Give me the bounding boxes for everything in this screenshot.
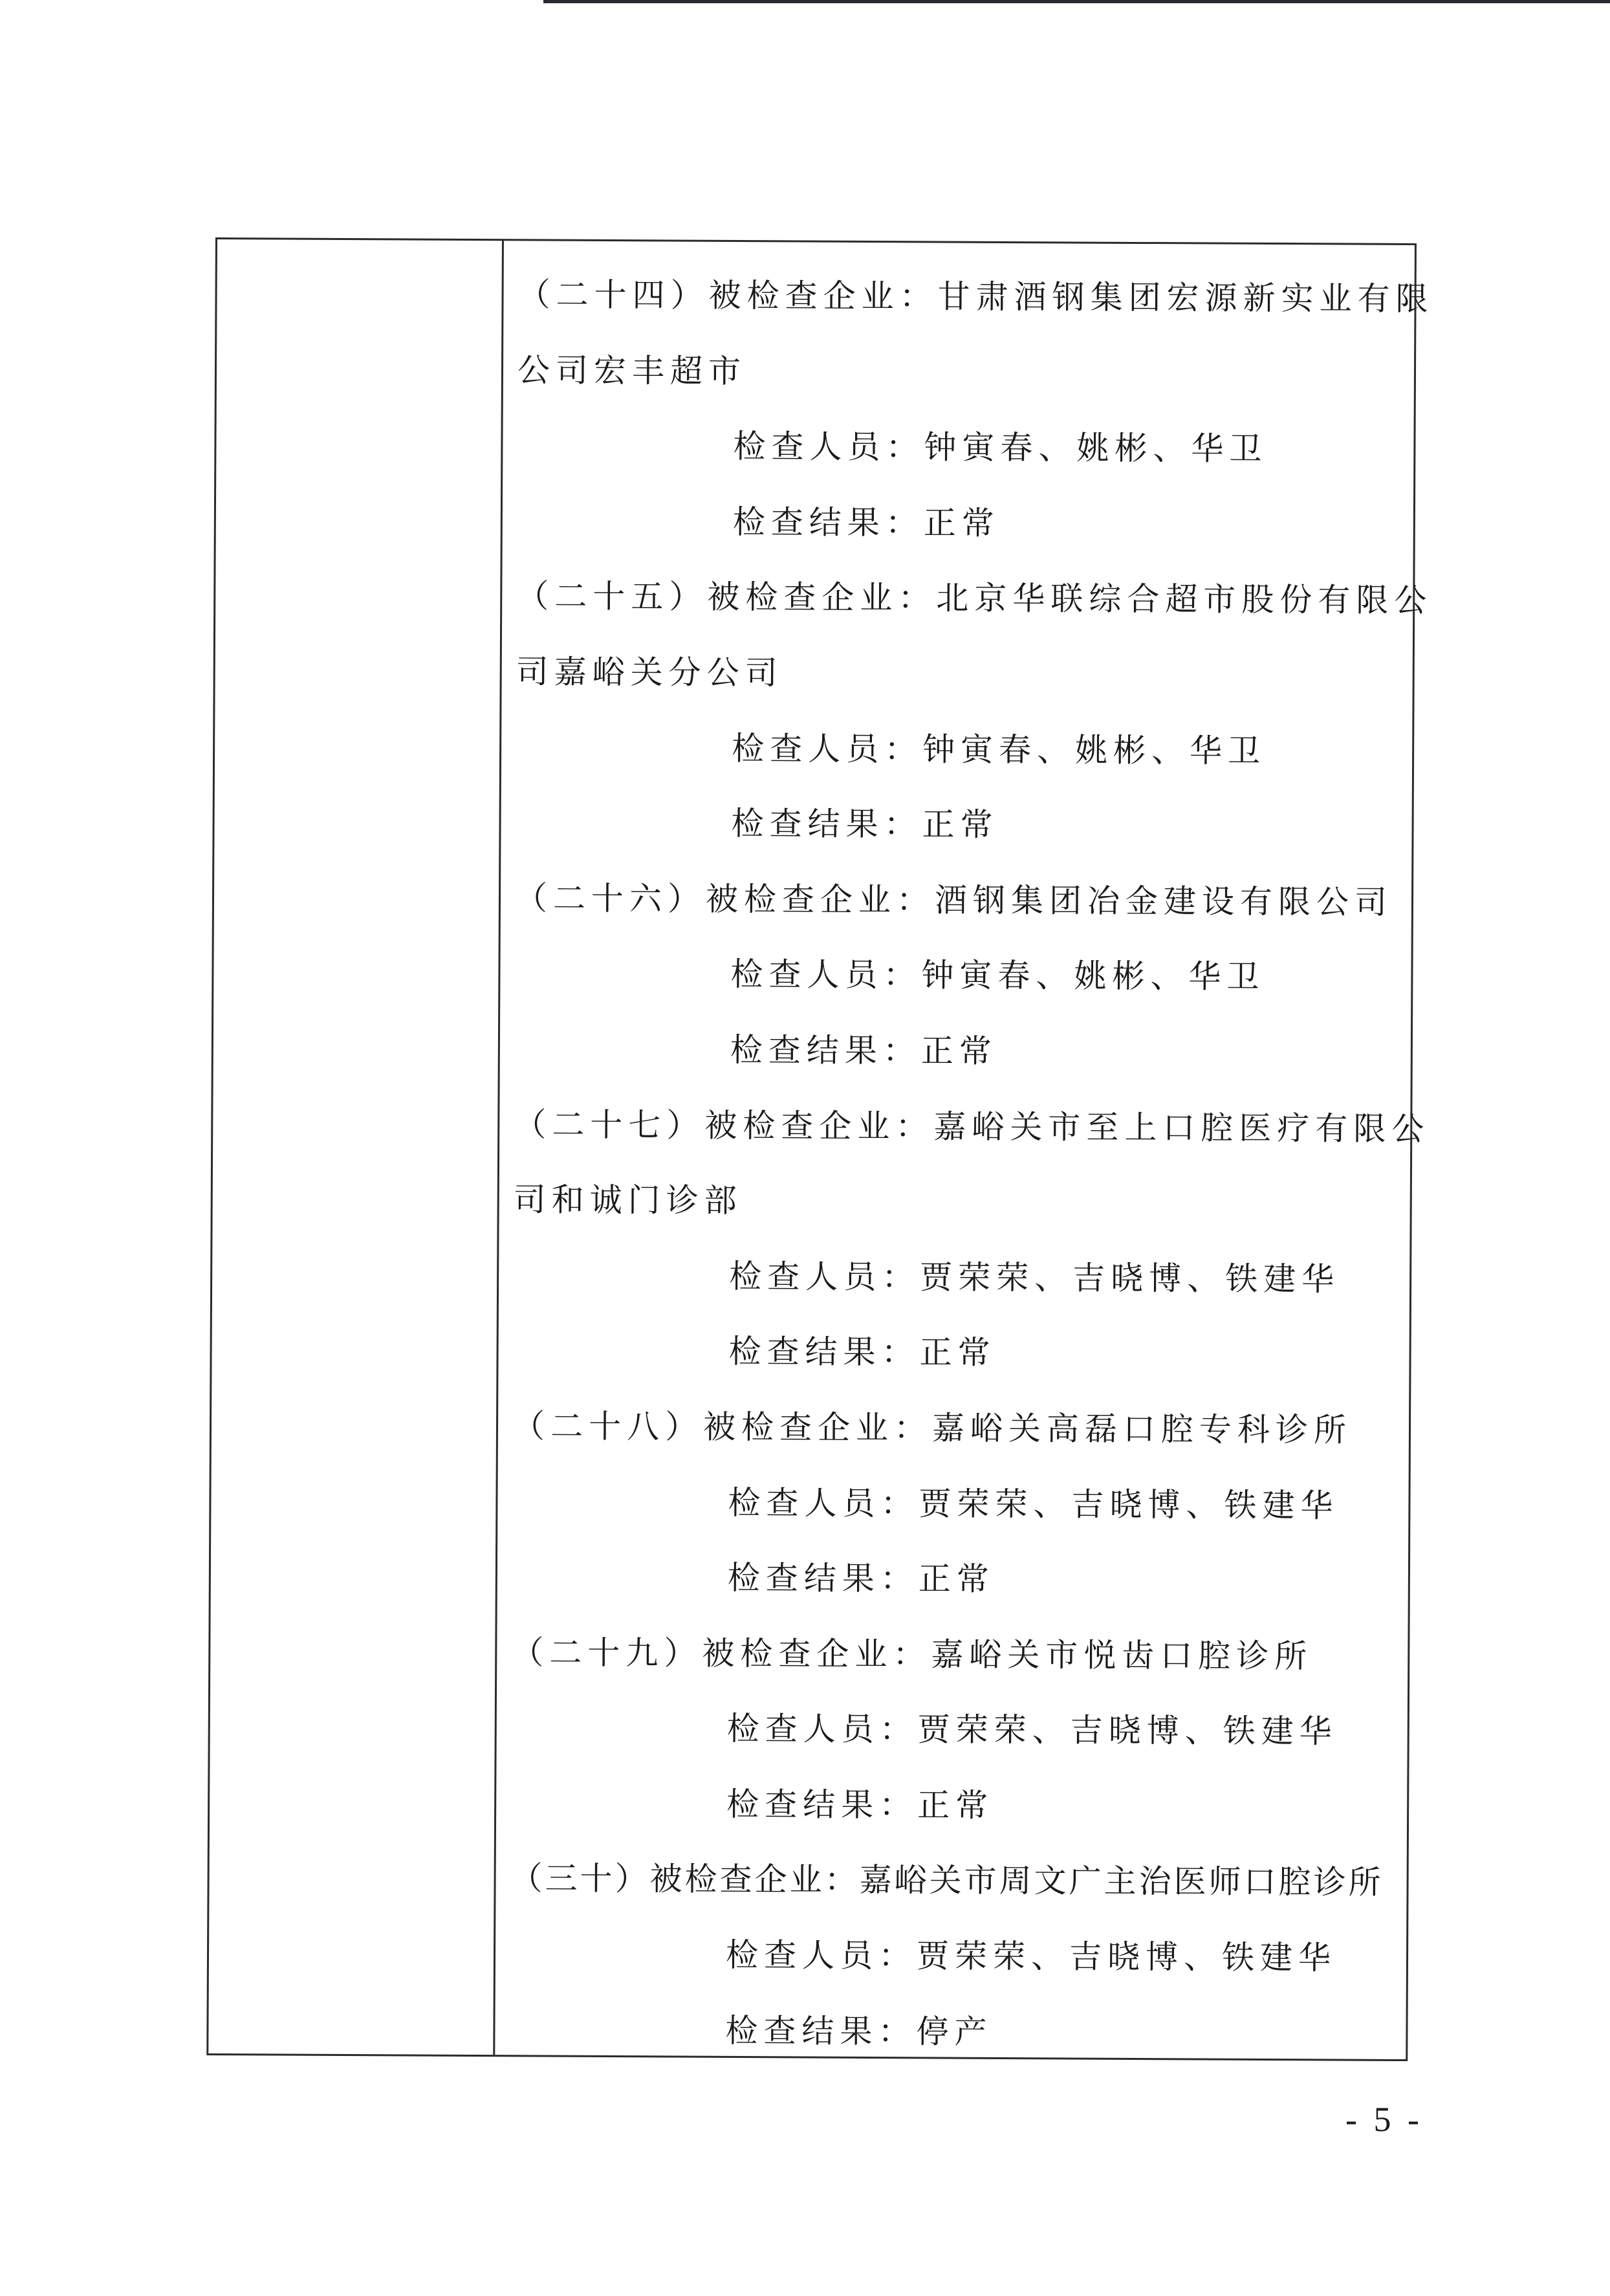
- entry-inspectors: 检查人员：钟寅春、姚彬、华卫: [517, 408, 1401, 487]
- entry-index: （二十九）: [511, 1634, 702, 1672]
- inspectors-label: 检查人员：: [727, 1710, 918, 1748]
- entry-inspectors: 检查人员：贾荣荣、吉晓博、铁建华: [512, 1464, 1396, 1544]
- inspectors-label: 检查人员：: [730, 956, 921, 994]
- entry-result: 检查结果：正常: [517, 483, 1401, 563]
- inspectors-label: 检查人员：: [733, 428, 924, 466]
- result-value: 正常: [917, 1786, 994, 1824]
- inspectors-value: 钟寅春、姚彬、华卫: [921, 957, 1265, 996]
- entry-inspectors: 检查人员：贾荣荣、吉晓博、铁建华: [510, 1690, 1395, 1770]
- entry-index: （二十八）: [512, 1407, 703, 1445]
- entry-index: （二十七）: [514, 1106, 704, 1144]
- entry-index: （二十六）: [515, 879, 706, 917]
- entry-company-line: （二十九）被检查企业：嘉峪关市悦齿口腔诊所: [511, 1615, 1395, 1694]
- result-value: 正常: [919, 1560, 995, 1598]
- entry-inspectors: 检查人员：钟寅春、姚彬、华卫: [514, 936, 1398, 1016]
- entry-index: （二十四）: [517, 276, 708, 314]
- company-label: 被检查企业：: [649, 1861, 859, 1899]
- table-left-column: [208, 239, 504, 2055]
- entry-company-line: （二十六）被检查企业：酒钢集团冶金建设有限公司: [515, 860, 1399, 940]
- entry-result: 检查结果：正常: [514, 1011, 1398, 1091]
- company-name: 嘉峪关市悦齿口腔诊所: [931, 1635, 1312, 1675]
- company-name: 北京华联综合超市股份有限公: [936, 580, 1432, 620]
- inspectors-label: 检查人员：: [729, 1258, 920, 1296]
- entry-index: （二十五）: [516, 578, 707, 616]
- company-label: 被检查企业：: [706, 880, 935, 919]
- result-label: 检查结果：: [730, 1031, 921, 1069]
- inspectors-value: 钟寅春、姚彬、华卫: [922, 730, 1266, 770]
- result-value: 停产: [916, 2013, 992, 2051]
- inspectors-value: 贾荣荣、吉晓博、铁建华: [917, 1937, 1336, 1976]
- result-label: 检查结果：: [725, 2012, 916, 2050]
- result-label: 检查结果：: [728, 1333, 919, 1371]
- entry-company-line: （二十七）被检查企业：嘉峪关市至上口腔医疗有限公: [514, 1087, 1398, 1166]
- inspectors-value: 贾荣荣、吉晓博、铁建华: [920, 1258, 1340, 1298]
- result-label: 检查结果：: [731, 805, 922, 843]
- company-label: 被检查企业：: [707, 578, 936, 617]
- entry-inspectors: 检查人员：贾荣荣、吉晓博、铁建华: [513, 1238, 1397, 1317]
- entry-result: 检查结果：停产: [509, 1992, 1393, 2072]
- company-label: 被检查企业：: [708, 277, 937, 316]
- entry-result: 检查结果：正常: [510, 1766, 1395, 1845]
- entry-result: 检查结果：正常: [515, 785, 1399, 864]
- entry-company-line: （三十）被检查企业：嘉峪关市周文广主治医师口腔诊所: [510, 1841, 1394, 1921]
- company-label: 被检查企业：: [704, 1106, 933, 1145]
- company-label: 被检查企业：: [703, 1408, 932, 1447]
- inspectors-label: 检查人员：: [728, 1483, 919, 1522]
- page-number: - 5 -: [1345, 2099, 1423, 2139]
- result-label: 检查结果：: [728, 1559, 919, 1597]
- entry-result: 检查结果：正常: [512, 1313, 1397, 1393]
- result-value: 正常: [924, 504, 1000, 542]
- entry-inspectors: 检查人员：贾荣荣、吉晓博、铁建华: [510, 1916, 1394, 1996]
- company-name: 甘肃酒钢集团宏源新实业有限: [937, 278, 1433, 318]
- result-label: 检查结果：: [726, 1786, 917, 1824]
- entry-index: （三十）: [510, 1860, 649, 1898]
- inspection-table: （二十四）被检查企业：甘肃酒钢集团宏源新实业有限 公司宏丰超市 检查人员：钟寅春…: [206, 237, 1417, 2061]
- entry-result: 检查结果：正常: [512, 1539, 1396, 1619]
- scan-edge-shadow: [543, 0, 1610, 3]
- inspectors-value: 贾荣荣、吉晓博、铁建华: [918, 1711, 1338, 1751]
- entry-company-line: （二十五）被检查企业：北京华联综合超市股份有限公: [516, 559, 1400, 639]
- inspectors-value: 钟寅春、姚彬、华卫: [924, 429, 1267, 468]
- inspectors-label: 检查人员：: [726, 1936, 917, 1974]
- result-value: 正常: [921, 1032, 997, 1070]
- entry-company-line: （二十四）被检查企业：甘肃酒钢集团宏源新实业有限: [517, 257, 1402, 336]
- entry-company-line: （二十八）被检查企业：嘉峪关高磊口腔专科诊所: [512, 1388, 1397, 1468]
- company-label: 被检查企业：: [702, 1634, 931, 1673]
- table-right-column: （二十四）被检查企业：甘肃酒钢集团宏源新实业有限 公司宏丰超市 检查人员：钟寅春…: [495, 241, 1415, 2059]
- company-name: 嘉峪关市至上口腔医疗有限公: [933, 1108, 1430, 1148]
- result-label: 检查结果：: [733, 503, 924, 541]
- entry-company-continuation: 司嘉峪关分公司: [516, 634, 1400, 714]
- company-name: 嘉峪关高磊口腔专科诊所: [932, 1409, 1352, 1449]
- entry-inspectors: 检查人员：钟寅春、姚彬、华卫: [516, 710, 1400, 789]
- company-name: 酒钢集团冶金建设有限公司: [935, 881, 1393, 921]
- inspectors-value: 贾荣荣、吉晓博、铁建华: [919, 1485, 1338, 1524]
- entry-company-continuation: 公司宏丰超市: [517, 333, 1402, 412]
- inspectors-label: 检查人员：: [732, 729, 922, 767]
- entry-company-continuation: 司和诚门诊部: [513, 1162, 1397, 1241]
- result-value: 正常: [919, 1334, 995, 1372]
- result-value: 正常: [922, 806, 998, 844]
- company-name: 嘉峪关市周文广主治医师口腔诊所: [859, 1861, 1383, 1901]
